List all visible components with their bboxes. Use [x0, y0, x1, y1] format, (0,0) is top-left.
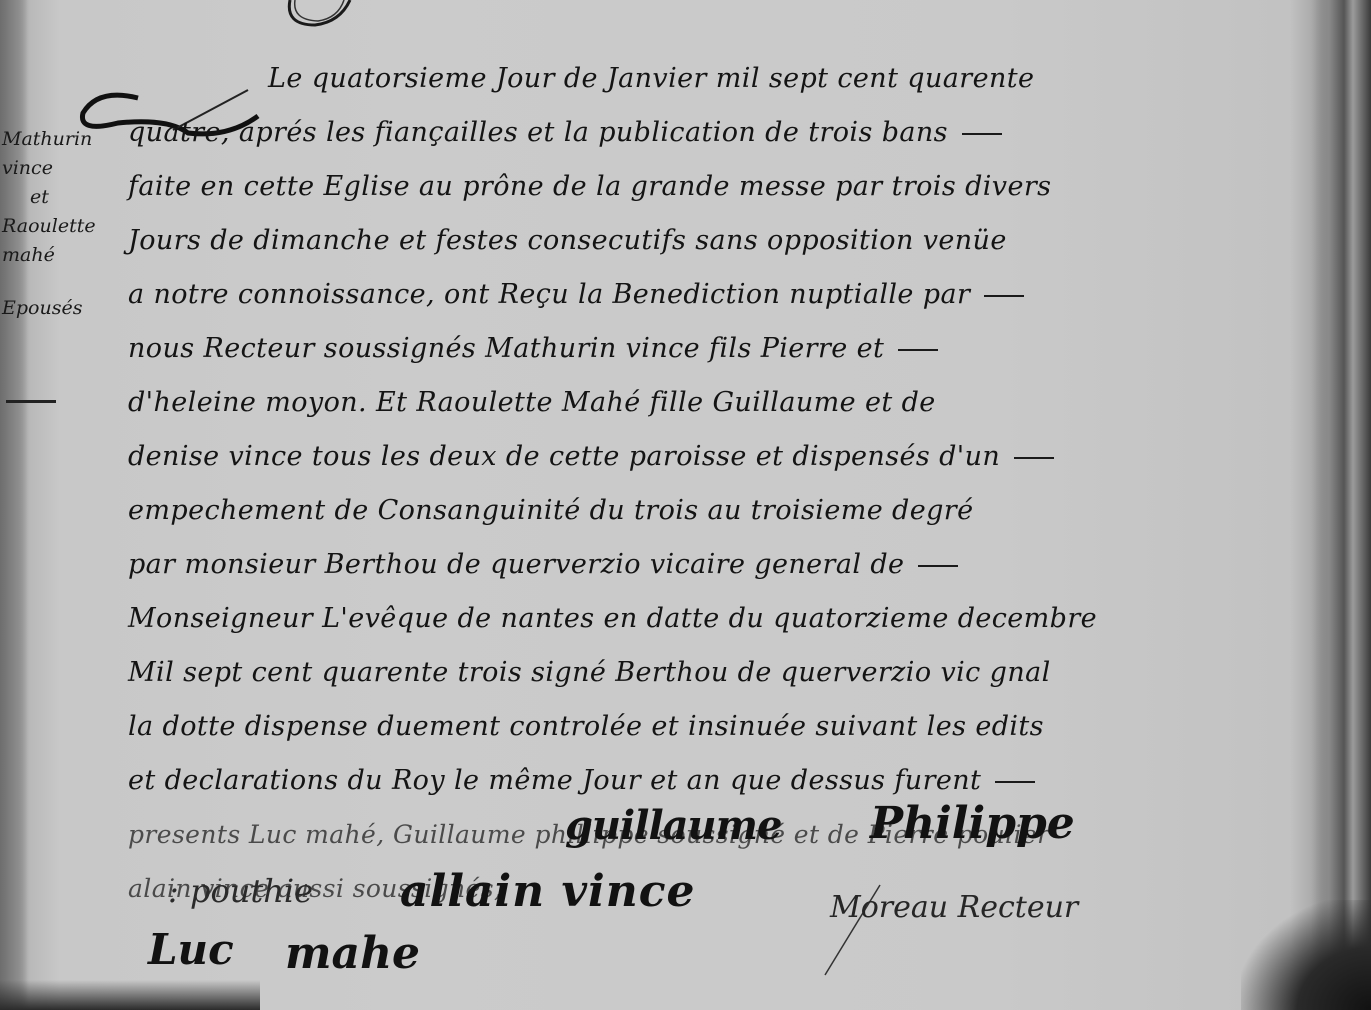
- flourish-icon: [280, 0, 360, 30]
- page-edge: [1311, 0, 1371, 1010]
- text-line: d'heleine moyon. Et Raoulette Mahé fille…: [128, 376, 1308, 430]
- text-line: Le quatorsieme Jour de Janvier mil sept …: [128, 52, 1308, 106]
- line-filler: [962, 133, 1002, 135]
- signature-pouthie: pouthie: [190, 872, 313, 910]
- signature-mark: :: [168, 872, 179, 910]
- text-line-content: denise vince tous les deux de cette paro…: [128, 441, 1000, 472]
- signature-guillaume: guillaume: [565, 802, 781, 849]
- text-line-content: nous Recteur soussignés Mathurin vince f…: [128, 333, 884, 364]
- text-line: empechement de Consanguinité du trois au…: [128, 484, 1308, 538]
- text-line-content: par monsieur Berthou de querverzio vicai…: [128, 549, 904, 580]
- line-filler: [984, 295, 1024, 297]
- text-line-content: a notre connoissance, ont Reçu la Benedi…: [128, 279, 970, 310]
- text-line: et declarations du Roy le même Jour et a…: [128, 754, 1308, 808]
- line-filler: [1014, 457, 1054, 459]
- signature-philippe: Philippe: [870, 798, 1075, 849]
- signature-allain-vince: allain vince: [400, 866, 696, 917]
- text-line: a notre connoissance, ont Reçu la Benedi…: [128, 268, 1308, 322]
- register-page-scan: Mathurin vince et Raoulette mahé Epousés…: [0, 0, 1371, 1010]
- text-line: nous Recteur soussignés Mathurin vince f…: [128, 322, 1308, 376]
- text-line: la dotte dispense duement controlée et i…: [128, 700, 1308, 754]
- margin-note-line: Raoulette: [2, 212, 112, 241]
- text-line: Jours de dimanche et festes consecutifs …: [128, 214, 1308, 268]
- margin-note-line: Epousés: [2, 294, 112, 323]
- margin-note-line: mahé: [2, 241, 112, 270]
- text-line: denise vince tous les deux de cette paro…: [128, 430, 1308, 484]
- corner-shadow: [1241, 900, 1371, 1010]
- margin-note: Mathurin vince et Raoulette mahé Epousés: [2, 125, 112, 323]
- line-filler: [995, 781, 1035, 783]
- entry-body: Le quatorsieme Jour de Janvier mil sept …: [128, 52, 1308, 916]
- line-filler: [898, 349, 938, 351]
- text-line: par monsieur Berthou de querverzio vicai…: [128, 538, 1308, 592]
- margin-rule: [6, 400, 56, 403]
- margin-note-line: vince: [2, 154, 112, 183]
- text-line: Monseigneur L'evêque de nantes en datte …: [128, 592, 1308, 646]
- signature-luc: Luc: [148, 925, 234, 974]
- signature-mahe: mahe: [285, 928, 420, 979]
- text-line: faite en cette Eglise au prône de la gra…: [128, 160, 1308, 214]
- text-line: quatre, aprés les fiançailles et la publ…: [128, 106, 1308, 160]
- line-filler: [918, 565, 958, 567]
- text-line-content: quatre, aprés les fiançailles et la publ…: [128, 117, 948, 148]
- text-line-content: et declarations du Roy le même Jour et a…: [128, 765, 981, 796]
- bottom-shadow: [0, 980, 260, 1010]
- text-line: Mil sept cent quarente trois signé Berth…: [128, 646, 1308, 700]
- signature-moreau-recteur: Moreau Recteur: [830, 890, 1078, 925]
- margin-note-line: et: [2, 183, 112, 212]
